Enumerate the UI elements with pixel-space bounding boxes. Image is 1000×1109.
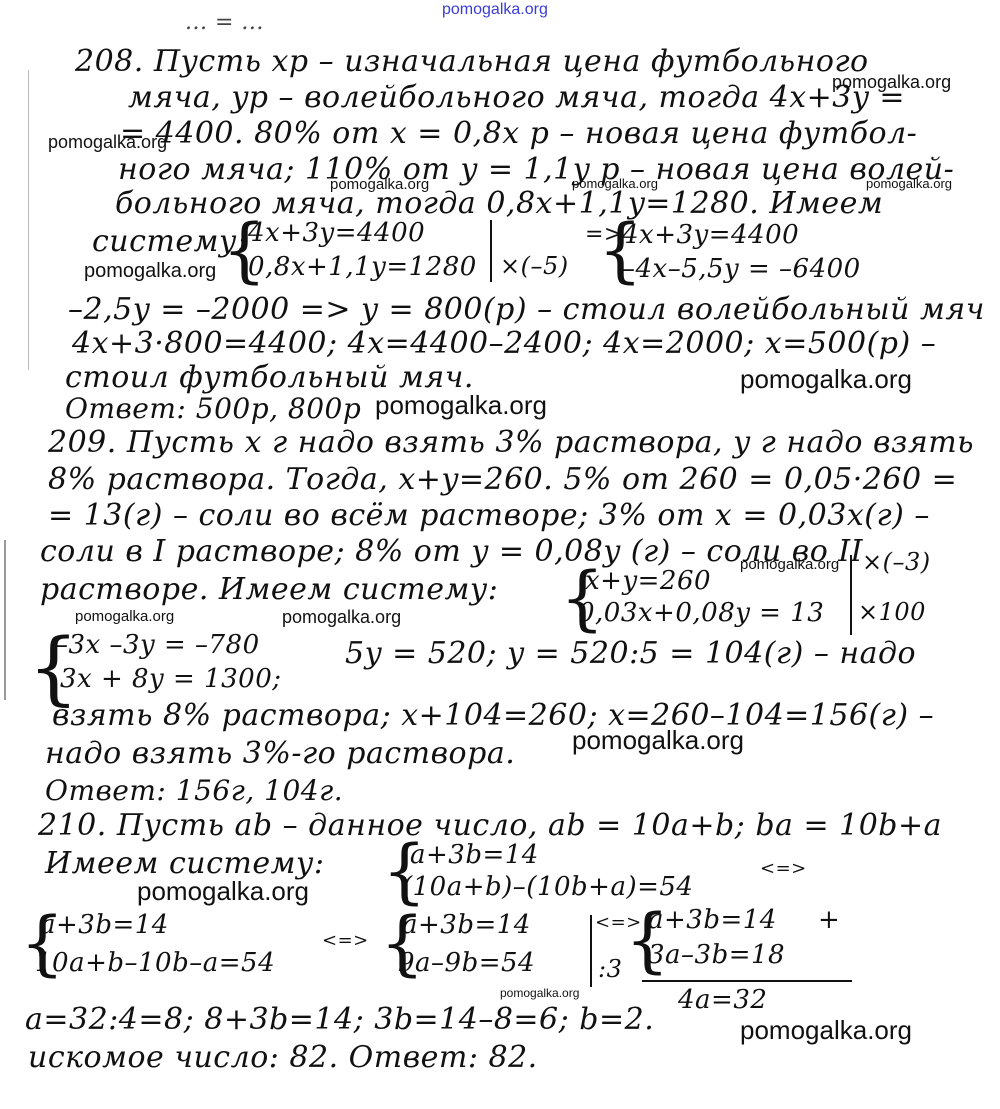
p210-plus: + [818, 905, 840, 935]
p208-system2-eq2: –4x–5,5y = –6400 [622, 254, 861, 284]
watermark: pomogalka.org [282, 607, 401, 628]
sum-line [642, 980, 852, 982]
p209-system1-eq1: x+y=260 [585, 566, 711, 596]
p209-system2-eq2: 3x + 8y = 1300; [60, 664, 282, 694]
p208-line-8: 4x+3·800=4400; 4x=4400–2400; 4x=2000; x=… [72, 326, 936, 361]
watermark: pomogalka.org [75, 608, 174, 625]
p208-system2-eq1: 4x+3y=4400 [622, 220, 799, 250]
p210-line-4: искомое число: 82. Ответ: 82. [28, 1040, 538, 1075]
watermark: pomogalka.org [137, 876, 309, 907]
p210-equiv-1: <=> [760, 858, 807, 879]
p208-multiplier: ×(–5) [500, 252, 569, 280]
watermark: pomogalka.org [84, 260, 216, 283]
p209-line-3: = 13(г) – соли во всём растворе; 3% от x… [48, 498, 930, 533]
watermark-top: pomogalka.org [442, 1, 548, 19]
p208-line-7: –2,5y = –2000 => y = 800(р) – стоил воле… [68, 292, 985, 327]
watermark: pomogalka.org [375, 390, 547, 421]
p210-system4-eq2: 3a–3b=18 [648, 940, 785, 970]
p208-answer: Ответ: 500р, 800р [65, 392, 361, 425]
system-divider [850, 555, 852, 635]
watermark: pomogalka.org [48, 132, 167, 153]
p210-line-3: a=32:4=8; 8+3b=14; 3b=14–8=6; b=2. [25, 1002, 654, 1037]
watermark: pomogalka.org [832, 72, 951, 93]
page-margin-line [28, 70, 29, 370]
cut-off-line: ... = ... [185, 10, 264, 35]
p208-system1-eq2: 0,8x+1,1y=1280 [248, 252, 477, 282]
system-divider [490, 220, 492, 282]
p210-line-1: 210. Пусть ab – данное число, ab = 10a+b… [38, 808, 942, 843]
p210-system3-eq2: 9a–9b=54 [398, 948, 535, 978]
watermark: pomogalka.org [740, 556, 839, 573]
watermark: pomogalka.org [866, 176, 952, 191]
p208-line-3: = 4400. 80% от x = 0,8x р – новая цена ф… [120, 116, 917, 151]
p208-system1-eq1: 4x+3y=4400 [248, 218, 425, 248]
p209-answer: Ответ: 156г, 104г. [45, 774, 343, 807]
watermark: pomogalka.org [572, 725, 744, 756]
watermark: pomogalka.org [740, 1015, 912, 1046]
p209-line-5: растворе. Имеем систему: [40, 572, 498, 607]
p210-equiv-2: <=> [322, 930, 369, 951]
p209-line-7: взять 8% раствора; x+104=260; x=260–104=… [52, 698, 934, 733]
p210-divisor: :3 [598, 955, 622, 983]
p209-line-2: 8% раствора. Тогда, x+y=260. 5% от 260 =… [48, 462, 957, 497]
p209-line-6: 5y = 520; y = 520:5 = 104(г) – надо [345, 636, 916, 671]
p209-system2-eq1: –3x –3y = –780 [55, 630, 260, 660]
p209-line-8: надо взять 3%-го раствора. [45, 736, 515, 771]
watermark: pomogalka.org [740, 364, 912, 395]
p208-line-1: 208. Пусть xр – изначальная цена футболь… [75, 44, 869, 79]
page-margin-line [4, 540, 6, 700]
p210-system2-eq1: a+3b=14 [40, 910, 169, 940]
p210-system3-eq1: a+3b=14 [402, 910, 531, 940]
p210-system2-eq2: 10a+b–10b–a=54 [35, 948, 275, 978]
p209-line-1: 209. Пусть x г надо взять 3% раствора, y… [48, 425, 974, 460]
p208-line-4: ного мяча; 110% от y = 1,1y р – новая це… [118, 152, 954, 187]
p209-system1-eq2: 0,03x+0,08y = 13 [578, 598, 824, 628]
system-divider [590, 915, 592, 987]
p209-multiplier-2: ×100 [858, 598, 926, 626]
watermark: pomogalka.org [572, 176, 658, 191]
p209-multiplier-1: ×(–3) [862, 548, 931, 576]
p210-system4-eq1: a+3b=14 [648, 905, 777, 935]
p210-system1-eq2: (10a+b)–(10b+a)=54 [402, 872, 693, 902]
watermark: pomogalka.org [330, 176, 429, 193]
p210-sum: 4a=32 [678, 985, 767, 1015]
p210-system1-eq1: a+3b=14 [410, 840, 539, 870]
p208-line-2: мяча, yр – волейбольного мяча, тогда 4x+… [128, 80, 905, 115]
watermark: pomogalka.org [500, 986, 579, 1000]
